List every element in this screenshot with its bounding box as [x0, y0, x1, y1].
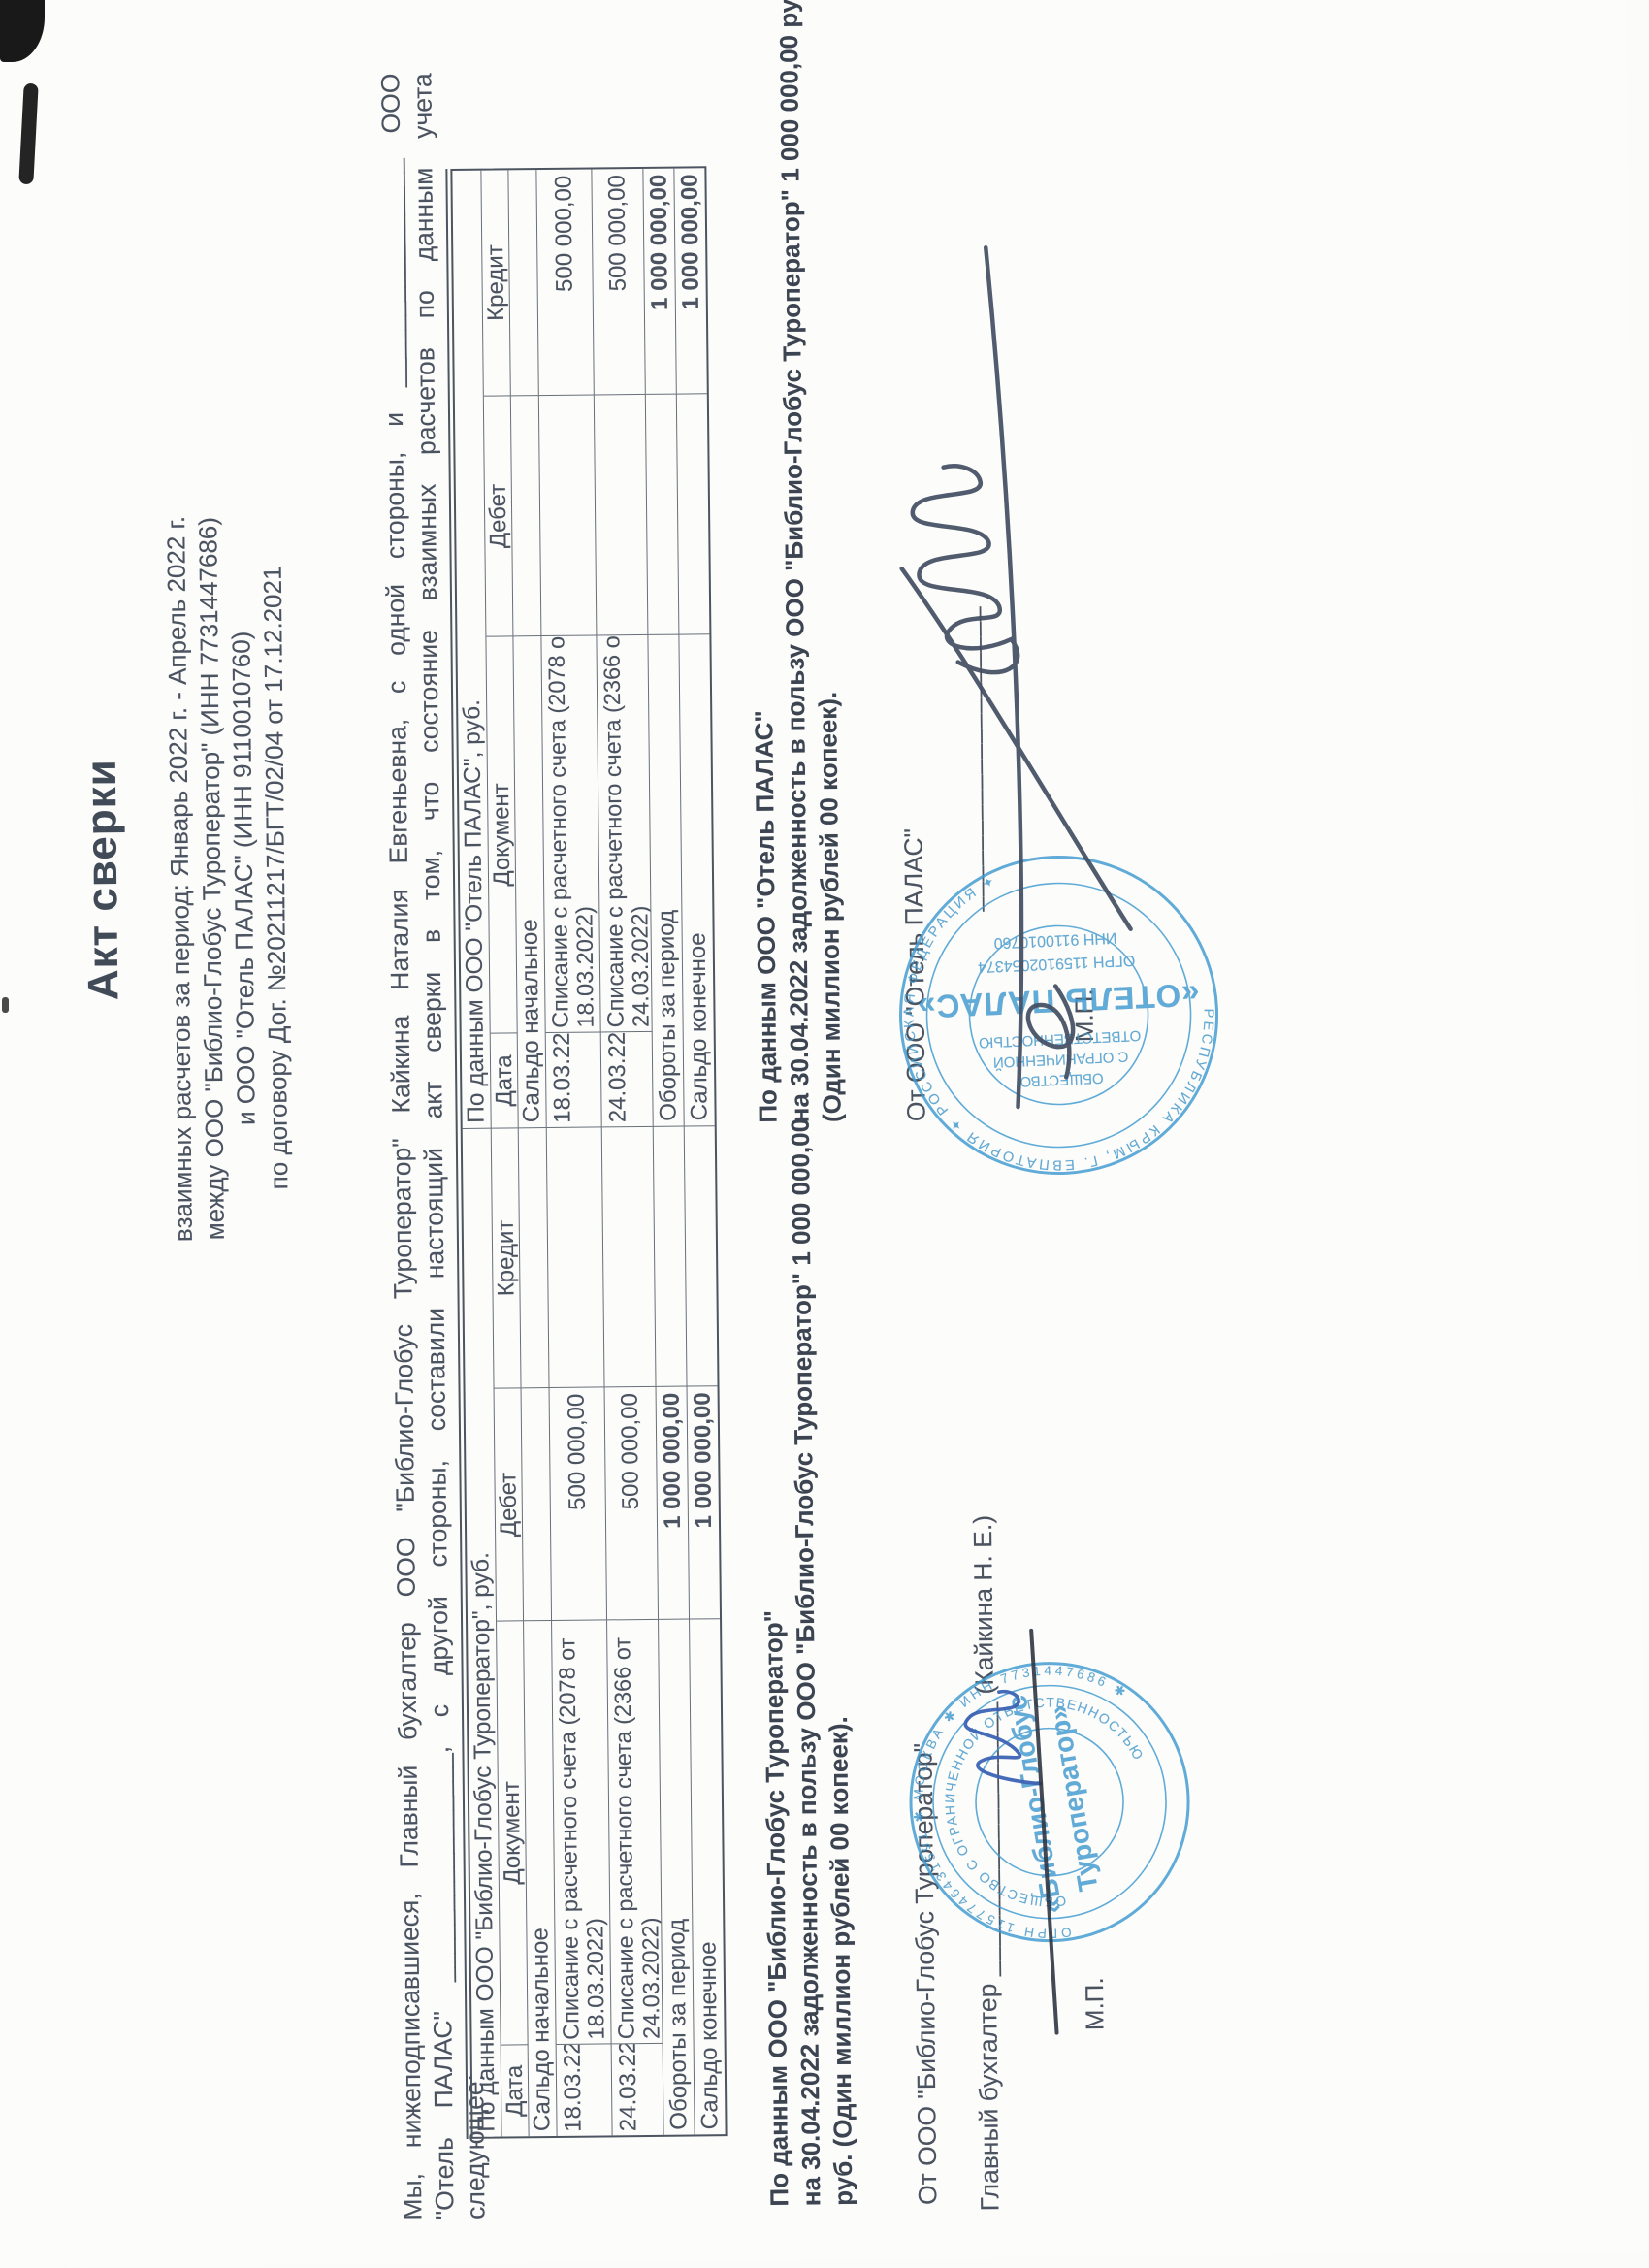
- reconciliation-table: По данным ООО "Библио-Глобус Туроператор…: [450, 166, 727, 2139]
- stamp-ogrn: ОГРН 1159102054374: [978, 952, 1136, 975]
- opening-credit-left: [519, 1127, 550, 1387]
- row-credit: 500 000,00: [536, 169, 594, 395]
- row-credit: [547, 1126, 605, 1387]
- row-document-line1: Списание с расчетного счета (2078 от: [554, 1625, 583, 2040]
- stamp-org-line1: ОБЩЕСТВО: [1019, 1069, 1104, 1089]
- row-document: Списание с расчетного счета (2078 от 18.…: [552, 1619, 612, 2044]
- turnover-credit-left: [654, 1126, 688, 1386]
- row-credit: 500 000,00: [592, 169, 645, 395]
- reconciliation-act-document: Акт сверки взаимных расчетов за период: …: [0, 0, 1649, 2268]
- turnover-label-right: Обороты за период: [648, 634, 684, 1126]
- row-document: Списание с расчетного счета (2078 от 18.…: [541, 634, 600, 1032]
- row-credit: [602, 1126, 657, 1387]
- stamp-org-line3: ОТВЕТСТВЕННОСТЬЮ: [979, 1027, 1142, 1052]
- row-document-line2: 18.03.2022): [579, 1624, 608, 2039]
- col-header-credit-left: Кредит: [492, 1127, 522, 1387]
- closing-debit-left: 1 000 000,00: [688, 1385, 721, 1618]
- row-debit: 500 000,00: [550, 1386, 608, 1620]
- closing-balance-label-left: Сальдо конечное: [690, 1618, 726, 2134]
- stamp-org-line2: С ОГРАНИЧЕННОЙ: [993, 1048, 1129, 1071]
- col-header-doc-right: Документ: [486, 635, 517, 1032]
- summary-left: По данным ООО "Библио-Глобус Туроператор…: [753, 1129, 860, 2207]
- stamp-company-name: «ОТЕЛЬ ПАЛАС»: [916, 977, 1200, 1025]
- turnover-debit-right: [646, 394, 680, 634]
- turnover-debit-left: 1 000 000,00: [657, 1386, 691, 1619]
- closing-credit-left: [685, 1125, 718, 1385]
- row-date: 24.03.22: [601, 1031, 654, 1127]
- row-date: 24.03.22: [612, 2043, 664, 2136]
- opening-debit-right: [511, 395, 542, 635]
- company-stamp-biblio-globus: ОГРН 1157746431591 ✱ МОСКВА ✱ ИНН 773144…: [887, 1638, 1213, 1965]
- opening-debit-left: [522, 1387, 553, 1620]
- accountant-role-label: Главный бухгалтер: [973, 1983, 1004, 2211]
- col-header-debit-left: Дебет: [495, 1387, 525, 1620]
- row-debit: [595, 394, 649, 635]
- row-document-line1: Списание с расчетного счета (2078 от: [543, 640, 572, 1028]
- row-debit: 500 000,00: [605, 1386, 660, 1620]
- row-debit: [539, 394, 598, 635]
- closing-balance-label-right: Сальдо конечное: [679, 633, 714, 1125]
- col-header-date-right: Дата: [491, 1032, 519, 1127]
- turnover-credit-right: 1 000 000,00: [643, 169, 676, 394]
- stamp-place-label-left: М.П.: [1080, 1977, 1111, 2030]
- col-header-date-left: Дата: [501, 2044, 530, 2136]
- stamp-inn: ИНН 9110010760: [993, 929, 1117, 952]
- scanned-page: Акт сверки взаимных расчетов за период: …: [0, 0, 1649, 2268]
- col-header-credit-right: Кредит: [481, 170, 510, 395]
- row-document: Списание с расчетного счета (2366 от 24.…: [597, 634, 652, 1032]
- row-document: Списание с расчетного счета (2366 от 24.…: [607, 1619, 663, 2044]
- row-document-line2: 18.03.2022): [568, 639, 598, 1027]
- col-header-debit-right: Дебет: [484, 395, 514, 635]
- document-title: Акт сверки: [73, 366, 132, 1394]
- row-date: 18.03.22: [557, 2043, 613, 2136]
- col-header-doc-left: Документ: [497, 1620, 529, 2044]
- scan-edge-artifact: [2, 997, 9, 1013]
- row-document-line1: Списание с расчетного счета (2366 от: [598, 639, 628, 1027]
- company-stamp-otel-palas: РЕСПУБЛИКА КРЫМ, Г. ЕВПАТОРИЯ ✦ РОССИЙСК…: [889, 846, 1228, 1184]
- row-date: 18.03.22: [546, 1031, 602, 1127]
- row-document-line1: Списание с расчетного счета (2366 от: [609, 1624, 638, 2039]
- closing-credit-right: 1 000 000,00: [674, 168, 706, 393]
- opening-credit-right: [508, 170, 538, 395]
- document-heading: Акт сверки взаимных расчетов за период: …: [73, 364, 297, 1394]
- summary-right: По данным ООО "Отель ПАЛАС" на 30.04.202…: [741, 0, 849, 1123]
- closing-debit-right: [677, 393, 710, 633]
